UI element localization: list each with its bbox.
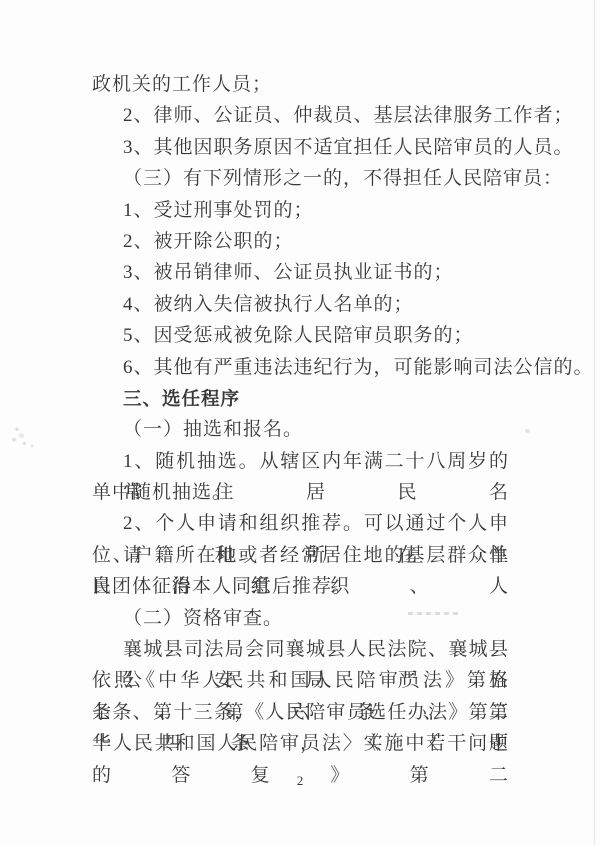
text-line: 七条、第十三条，《人民陪审员选任办法》第二十四条，《〈中 (92, 697, 509, 728)
text-line: 政机关的工作人员； (92, 69, 509, 100)
text-line: （三）有下列情形之一的，不得担任人民陪审员： (92, 163, 509, 194)
text-line: 3、其他因职务原因不适宜担任人民陪审员的人员。 (92, 132, 509, 163)
scanned-document-page: 政机关的工作人员；2、律师、公证员、仲裁员、基层法律服务工作者；3、其他因职务原… (0, 0, 600, 845)
text-line: （一）抽选和报名。 (92, 414, 509, 445)
text-line: 2、个人申请和组织推荐。可以通过个人申请和所在单 (92, 508, 509, 539)
text-line: 依照《中华人民共和国人民陪审员法》第五条、第六条、第 (92, 665, 509, 696)
text-line: 1、受过刑事处罚的； (92, 195, 509, 226)
scan-smudge-artifact (8, 424, 38, 450)
text-line: 2、律师、公证员、仲裁员、基层法律服务工作者； (92, 100, 509, 131)
text-line: 襄城县司法局会同襄城县人民法院、襄城县公安局严格 (92, 634, 509, 665)
page-number: 2 (0, 773, 600, 789)
text-line: 位、户籍所在地或者经常居住地的基层群众性自治组织、人 (92, 540, 509, 571)
scan-edge-line-artifact (594, 0, 595, 845)
scan-dashes-artifact (408, 612, 462, 615)
text-line: （二）资格审查。 (92, 603, 509, 634)
document-text-block: 政机关的工作人员；2、律师、公证员、仲裁员、基层法律服务工作者；3、其他因职务原… (92, 69, 509, 760)
text-line: 华人民共和国人民陪审员法〉实施中若干问题的答复》第二 (92, 728, 509, 759)
text-line: 2、被开除公职的； (92, 226, 509, 257)
scan-speck-artifact (525, 429, 530, 433)
text-line: 5、因受惩戒被免除人民陪审员职务的； (92, 320, 509, 351)
text-line: 1、随机抽选。从辖区内年满二十八周岁的常住居民名 (92, 446, 509, 477)
text-line: 3、被吊销律师、公证员执业证书的； (92, 257, 509, 288)
text-line: 6、其他有严重违法违纪行为，可能影响司法公信的。 (92, 352, 509, 383)
text-line: 4、被纳入失信被执行人名单的； (92, 289, 509, 320)
text-line: 三、选任程序 (92, 383, 509, 414)
